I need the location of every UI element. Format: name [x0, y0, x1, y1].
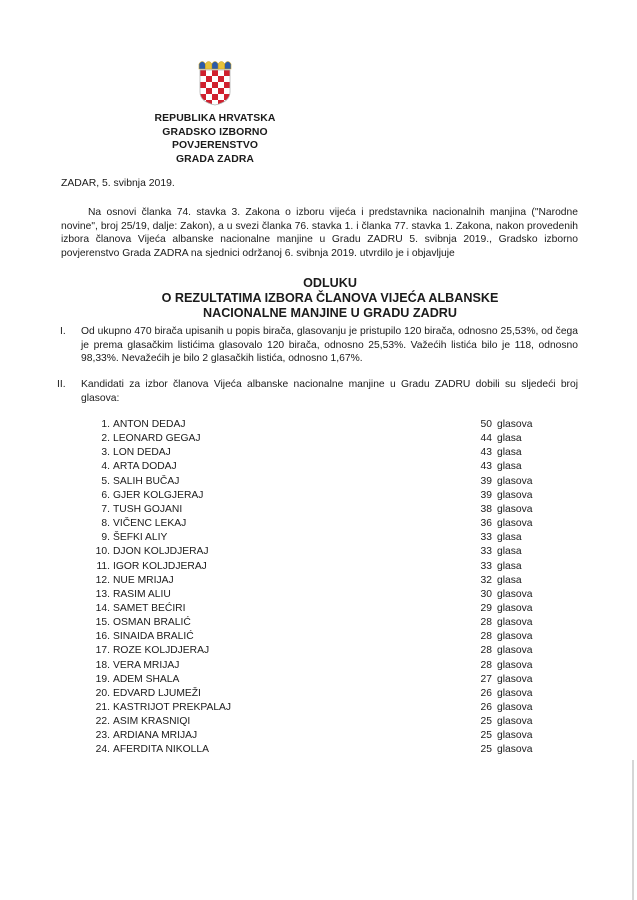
document-date: ZADAR, 5. svibnja 2019.: [61, 178, 175, 189]
vote-unit: glasa: [497, 575, 522, 586]
candidate-row: 1.ANTON DEDAJ50glasova: [0, 419, 637, 433]
candidate-number: 20.: [96, 688, 110, 699]
candidate-row: 13.RASIM ALIU30glasova: [0, 589, 637, 603]
header-line-1: REPUBLIKA HRVATSKA: [130, 112, 300, 126]
title-line-3: NACIONALNE MANJINE U GRADU ZADRU: [80, 306, 580, 321]
candidate-row: 9.ŠEFKI ALIY33glasa: [0, 532, 637, 546]
candidate-name: SAMET BEĆIRI: [113, 603, 185, 614]
candidate-row: 10.DJON KOLJDJERAJ33glasa: [0, 546, 637, 560]
candidate-number: 15.: [96, 617, 110, 628]
candidate-number: 22.: [96, 716, 110, 727]
vote-count: 32: [481, 575, 492, 586]
candidate-number: 17.: [96, 645, 110, 656]
vote-count: 33: [481, 546, 492, 557]
vote-count: 43: [481, 461, 492, 472]
candidate-name: ROZE KOLJDJERAJ: [113, 645, 209, 656]
candidate-number: 19.: [96, 674, 110, 685]
vote-unit: glasova: [497, 617, 533, 628]
candidate-row: 5.SALIH BUČAJ39glasova: [0, 476, 637, 490]
candidate-row: 12.NUE MRIJAJ32glasa: [0, 575, 637, 589]
candidate-name: EDVARD LJUMEŽI: [113, 688, 201, 699]
candidate-name: ARTA DODAJ: [113, 461, 177, 472]
candidate-row: 6.GJER KOLGJERAJ39glasova: [0, 490, 637, 504]
candidate-number: 9.: [101, 532, 110, 543]
candidate-number: 14.: [96, 603, 110, 614]
candidate-row: 18.VERA MRIJAJ28glasova: [0, 660, 637, 674]
vote-count: 39: [481, 490, 492, 501]
vote-unit: glasova: [497, 476, 533, 487]
candidate-row: 8.VIČENC LEKAJ36glasova: [0, 518, 637, 532]
candidate-name: DJON KOLJDJERAJ: [113, 546, 209, 557]
candidate-number: 8.: [101, 518, 110, 529]
candidate-name: LEONARD GEGAJ: [113, 433, 201, 444]
candidate-name: TUSH GOJANI: [113, 504, 182, 515]
vote-count: 38: [481, 504, 492, 515]
vote-count: 28: [481, 660, 492, 671]
section-1-text: Od ukupno 470 birača upisanih u popis bi…: [72, 325, 578, 366]
candidate-number: 2.: [101, 433, 110, 444]
candidate-row: 20.EDVARD LJUMEŽI26glasova: [0, 688, 637, 702]
candidate-name: OSMAN BRALIĆ: [113, 617, 191, 628]
candidate-name: AFERDITA NIKOLLA: [113, 744, 209, 755]
vote-unit: glasa: [497, 532, 522, 543]
vote-count: 28: [481, 617, 492, 628]
candidate-name: NUE MRIJAJ: [113, 575, 174, 586]
candidate-name: IGOR KOLJDJERAJ: [113, 561, 207, 572]
candidate-number: 21.: [96, 702, 110, 713]
candidate-row: 15.OSMAN BRALIĆ28glasova: [0, 617, 637, 631]
candidate-name: ASIM KRASNIQI: [113, 716, 190, 727]
vote-count: 50: [481, 419, 492, 430]
candidate-name: VIČENC LEKAJ: [113, 518, 186, 529]
vote-count: 33: [481, 561, 492, 572]
section-2-intro: II. Kandidati za izbor članova Vijeća al…: [72, 378, 578, 405]
vote-count: 25: [481, 730, 492, 741]
candidate-row: 23.ARDIANA MRIJAJ25glasova: [0, 730, 637, 744]
vote-unit: glasa: [497, 447, 522, 458]
vote-count: 26: [481, 702, 492, 713]
vote-unit: glasova: [497, 603, 533, 614]
vote-count: 39: [481, 476, 492, 487]
candidate-number: 3.: [101, 447, 110, 458]
candidate-row: 11.IGOR KOLJDJERAJ33glasa: [0, 561, 637, 575]
vote-unit: glasa: [497, 461, 522, 472]
candidate-number: 11.: [96, 561, 110, 572]
title-line-2: O REZULTATIMA IZBORA ČLANOVA VIJEĆA ALBA…: [80, 291, 580, 306]
vote-unit: glasa: [497, 546, 522, 557]
candidate-number: 7.: [101, 504, 110, 515]
scan-edge-artifact: [632, 760, 634, 900]
vote-count: 44: [481, 433, 492, 444]
vote-unit: glasova: [497, 631, 533, 642]
candidate-row: 16.SINAIDA BRALIĆ28glasova: [0, 631, 637, 645]
candidate-number: 13.: [96, 589, 110, 600]
vote-count: 28: [481, 645, 492, 656]
vote-unit: glasova: [497, 730, 533, 741]
candidate-name: LON DEDAJ: [113, 447, 171, 458]
candidate-name: ŠEFKI ALIY: [113, 532, 167, 543]
issuer-header: REPUBLIKA HRVATSKA GRADSKO IZBORNO POVJE…: [130, 112, 300, 166]
section-2-numeral: II.: [57, 378, 66, 392]
vote-unit: glasa: [497, 433, 522, 444]
candidate-row: 2.LEONARD GEGAJ44glasa: [0, 433, 637, 447]
vote-count: 29: [481, 603, 492, 614]
vote-count: 30: [481, 589, 492, 600]
vote-count: 43: [481, 447, 492, 458]
vote-count: 25: [481, 744, 492, 755]
vote-unit: glasova: [497, 674, 533, 685]
section-2-text: Kandidati za izbor članova Vijeća albans…: [72, 378, 578, 405]
candidate-number: 12.: [96, 575, 110, 586]
candidate-name: ARDIANA MRIJAJ: [113, 730, 197, 741]
candidate-name: ANTON DEDAJ: [113, 419, 185, 430]
decision-title: ODLUKU O REZULTATIMA IZBORA ČLANOVA VIJE…: [80, 276, 580, 321]
candidate-name: GJER KOLGJERAJ: [113, 490, 203, 501]
candidate-name: KASTRIJOT PREKPALAJ: [113, 702, 231, 713]
vote-unit: glasova: [497, 645, 533, 656]
candidate-row: 24.AFERDITA NIKOLLA25glasova: [0, 744, 637, 758]
vote-count: 33: [481, 532, 492, 543]
candidate-name: RASIM ALIU: [113, 589, 171, 600]
vote-count: 25: [481, 716, 492, 727]
section-1-turnout: I. Od ukupno 470 birača upisanih u popis…: [72, 325, 578, 366]
candidate-number: 6.: [101, 490, 110, 501]
header-line-2: GRADSKO IZBORNO POVJERENSTVO: [130, 126, 300, 153]
candidate-row: 21.KASTRIJOT PREKPALAJ26glasova: [0, 702, 637, 716]
header-line-3: GRADA ZADRA: [130, 153, 300, 167]
candidate-name: ADEM SHALA: [113, 674, 179, 685]
vote-unit: glasa: [497, 561, 522, 572]
candidate-number: 4.: [101, 461, 110, 472]
candidate-number: 1.: [101, 419, 110, 430]
candidate-number: 23.: [96, 730, 110, 741]
candidate-name: SINAIDA BRALIĆ: [113, 631, 194, 642]
candidate-number: 24.: [96, 744, 110, 755]
candidate-row: 22.ASIM KRASNIQI25glasova: [0, 716, 637, 730]
vote-unit: glasova: [497, 716, 533, 727]
vote-count: 27: [481, 674, 492, 685]
vote-unit: glasova: [497, 744, 533, 755]
section-1-numeral: I.: [60, 325, 66, 339]
vote-unit: glasova: [497, 518, 533, 529]
candidate-number: 16.: [96, 631, 110, 642]
vote-unit: glasova: [497, 660, 533, 671]
vote-unit: glasova: [497, 688, 533, 699]
vote-unit: glasova: [497, 490, 533, 501]
croatian-coat-of-arms-icon: [197, 58, 233, 106]
vote-unit: glasova: [497, 702, 533, 713]
candidate-number: 18.: [96, 660, 110, 671]
candidate-name: SALIH BUČAJ: [113, 476, 179, 487]
candidate-row: 7.TUSH GOJANI38glasova: [0, 504, 637, 518]
vote-unit: glasova: [497, 504, 533, 515]
candidate-row: 4.ARTA DODAJ43glasa: [0, 461, 637, 475]
vote-unit: glasova: [497, 419, 533, 430]
candidate-number: 5.: [101, 476, 110, 487]
candidate-number: 10.: [96, 546, 110, 557]
vote-count: 36: [481, 518, 492, 529]
vote-count: 28: [481, 631, 492, 642]
candidate-row: 17.ROZE KOLJDJERAJ28glasova: [0, 645, 637, 659]
title-line-1: ODLUKU: [80, 276, 580, 291]
vote-count: 26: [481, 688, 492, 699]
candidate-row: 3.LON DEDAJ43glasa: [0, 447, 637, 461]
candidate-row: 19.ADEM SHALA27glasova: [0, 674, 637, 688]
candidate-row: 14.SAMET BEĆIRI29glasova: [0, 603, 637, 617]
vote-unit: glasova: [497, 589, 533, 600]
intro-paragraph: Na osnovi članka 74. stavka 3. Zakona o …: [61, 206, 578, 260]
candidate-name: VERA MRIJAJ: [113, 660, 179, 671]
